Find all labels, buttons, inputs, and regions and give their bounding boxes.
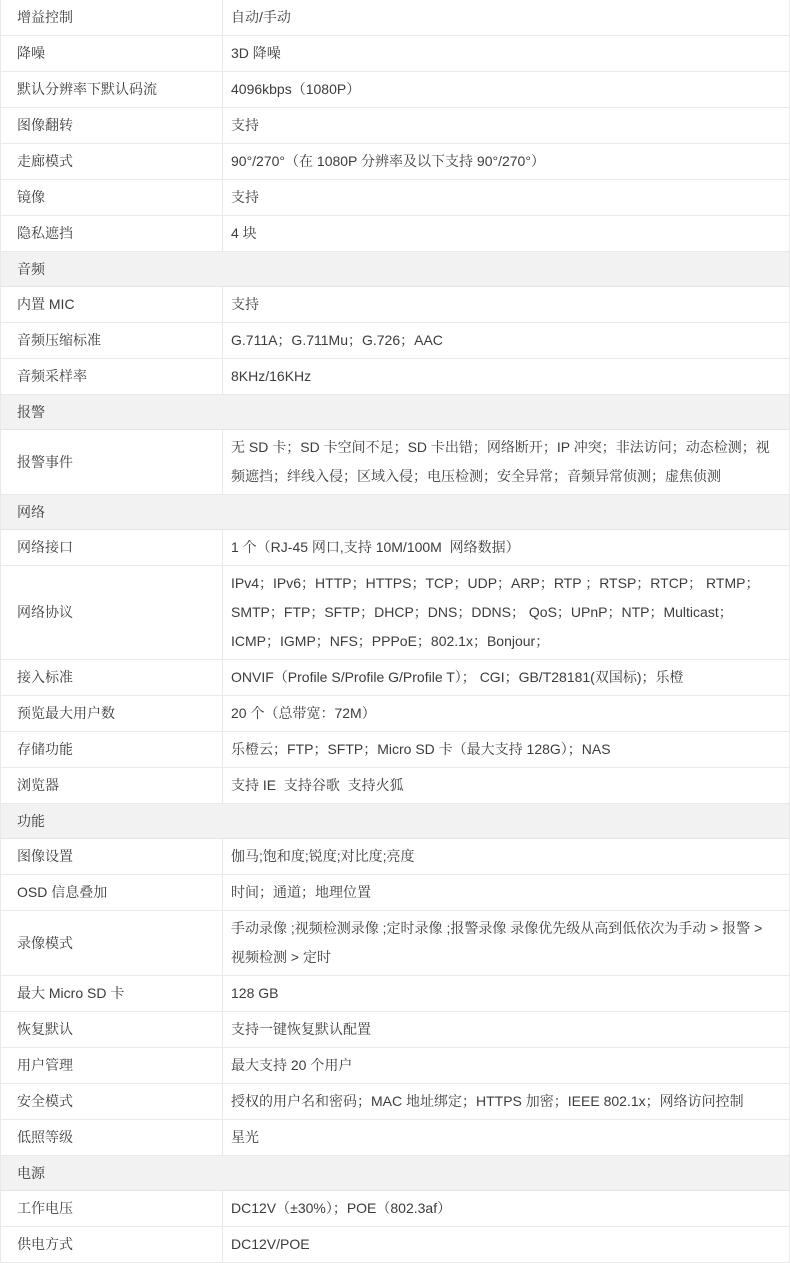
section-header-label: 功能 (17, 811, 45, 831)
spec-label: 安全模式 (1, 1084, 223, 1119)
spec-row: 用户管理 最大支持 20 个用户 (1, 1048, 789, 1084)
spec-label: 音频采样率 (1, 359, 223, 394)
spec-row: 预览最大用户数 20 个（总带宽：72M） (1, 696, 789, 732)
spec-label: 最大 Micro SD 卡 (1, 976, 223, 1011)
spec-row: 录像模式 手动录像 ;视频检测录像 ;定时录像 ;报警录像 录像优先级从高到低依… (1, 911, 789, 976)
section-header-row: 网络 (1, 495, 789, 530)
section-header-row: 报警 (1, 395, 789, 430)
spec-row: 低照等级 星光 (1, 1120, 789, 1156)
spec-value: ONVIF（Profile S/Profile G/Profile T）； CG… (223, 660, 789, 695)
spec-label: 低照等级 (1, 1120, 223, 1155)
spec-label: 预览最大用户数 (1, 696, 223, 731)
spec-value: 授权的用户名和密码；MAC 地址绑定；HTTPS 加密；IEEE 802.1x；… (223, 1084, 789, 1119)
spec-row: 安全模式 授权的用户名和密码；MAC 地址绑定；HTTPS 加密；IEEE 80… (1, 1084, 789, 1120)
spec-row: 报警事件 无 SD 卡；SD 卡空间不足；SD 卡出错；网络断开；IP 冲突；非… (1, 430, 789, 495)
spec-value: 最大支持 20 个用户 (223, 1048, 789, 1083)
spec-label: 降噪 (1, 36, 223, 71)
spec-row: 隐私遮挡 4 块 (1, 216, 789, 252)
spec-row: 内置 MIC 支持 (1, 287, 789, 323)
spec-label: 网络协议 (1, 566, 223, 659)
spec-row: 存储功能 乐橙云；FTP；SFTP；Micro SD 卡（最大支持 128G）；… (1, 732, 789, 768)
spec-label: 报警事件 (1, 430, 223, 494)
spec-row: 网络接口 1 个（RJ-45 网口,支持 10M/100M 网络数据） (1, 530, 789, 566)
spec-row: 音频压缩标准 G.711A；G.711Mu；G.726；AAC (1, 323, 789, 359)
spec-label: 供电方式 (1, 1227, 223, 1262)
spec-value: 时间；通道；地理位置 (223, 875, 789, 910)
spec-label: 图像翻转 (1, 108, 223, 143)
spec-label: 默认分辨率下默认码流 (1, 72, 223, 107)
spec-row: 接入标准 ONVIF（Profile S/Profile G/Profile T… (1, 660, 789, 696)
section-header-row: 电源 (1, 1156, 789, 1191)
spec-row: 工作电压 DC12V（±30%）；POE（802.3af） (1, 1191, 789, 1227)
spec-row: 图像设置 伽马;饱和度;锐度;对比度;亮度 (1, 839, 789, 875)
spec-label: 接入标准 (1, 660, 223, 695)
spec-row: 音频采样率 8KHz/16KHz (1, 359, 789, 395)
spec-label: OSD 信息叠加 (1, 875, 223, 910)
spec-row: 降噪 3D 降噪 (1, 36, 789, 72)
spec-value: 星光 (223, 1120, 789, 1155)
section-header-row: 音频 (1, 252, 789, 287)
spec-table: 增益控制 自动/手动 降噪 3D 降噪 默认分辨率下默认码流 4096kbps（… (0, 0, 790, 1263)
spec-label: 隐私遮挡 (1, 216, 223, 251)
spec-row: 镜像 支持 (1, 180, 789, 216)
spec-row: 走廊模式 90°/270°（在 1080P 分辨率及以下支持 90°/270°） (1, 144, 789, 180)
spec-value: 支持 (223, 180, 789, 215)
section-header-label: 报警 (17, 402, 45, 422)
spec-label: 图像设置 (1, 839, 223, 874)
spec-value: 手动录像 ;视频检测录像 ;定时录像 ;报警录像 录像优先级从高到低依次为手动 … (223, 911, 789, 975)
spec-value: 无 SD 卡；SD 卡空间不足；SD 卡出错；网络断开；IP 冲突；非法访问；动… (223, 430, 789, 494)
spec-value: DC12V（±30%）；POE（802.3af） (223, 1191, 789, 1226)
spec-label: 浏览器 (1, 768, 223, 803)
spec-row: 浏览器 支持 IE 支持谷歌 支持火狐 (1, 768, 789, 804)
section-header-label: 电源 (17, 1163, 45, 1183)
spec-value: 1 个（RJ-45 网口,支持 10M/100M 网络数据） (223, 530, 789, 565)
spec-value: 乐橙云；FTP；SFTP；Micro SD 卡（最大支持 128G）；NAS (223, 732, 789, 767)
section-header-row: 功能 (1, 804, 789, 839)
spec-label: 镜像 (1, 180, 223, 215)
spec-value: 128 GB (223, 976, 789, 1011)
spec-row: 恢复默认 支持一键恢复默认配置 (1, 1012, 789, 1048)
spec-label: 录像模式 (1, 911, 223, 975)
spec-value: 伽马;饱和度;锐度;对比度;亮度 (223, 839, 789, 874)
spec-label: 恢复默认 (1, 1012, 223, 1047)
spec-value: 3D 降噪 (223, 36, 789, 71)
section-header-label: 网络 (17, 502, 45, 522)
spec-row: 默认分辨率下默认码流 4096kbps（1080P） (1, 72, 789, 108)
spec-row: 增益控制 自动/手动 (1, 0, 789, 36)
spec-value: IPv4；IPv6；HTTP；HTTPS；TCP；UDP；ARP；RTP ；RT… (223, 566, 789, 659)
spec-row: 图像翻转 支持 (1, 108, 789, 144)
spec-label: 存储功能 (1, 732, 223, 767)
spec-value: 自动/手动 (223, 0, 789, 35)
spec-label: 内置 MIC (1, 287, 223, 322)
spec-value: 支持 IE 支持谷歌 支持火狐 (223, 768, 789, 803)
spec-label: 走廊模式 (1, 144, 223, 179)
spec-value: G.711A；G.711Mu；G.726；AAC (223, 323, 789, 358)
spec-label: 网络接口 (1, 530, 223, 565)
section-header-label: 音频 (17, 259, 45, 279)
spec-value: 4 块 (223, 216, 789, 251)
spec-value: 90°/270°（在 1080P 分辨率及以下支持 90°/270°） (223, 144, 789, 179)
spec-value: 20 个（总带宽：72M） (223, 696, 789, 731)
spec-value: 4096kbps（1080P） (223, 72, 789, 107)
spec-row: 网络协议 IPv4；IPv6；HTTP；HTTPS；TCP；UDP；ARP；RT… (1, 566, 789, 660)
spec-row: 最大 Micro SD 卡 128 GB (1, 976, 789, 1012)
spec-label: 用户管理 (1, 1048, 223, 1083)
spec-label: 增益控制 (1, 0, 223, 35)
spec-value: 支持 (223, 108, 789, 143)
spec-row: OSD 信息叠加 时间；通道；地理位置 (1, 875, 789, 911)
spec-label: 工作电压 (1, 1191, 223, 1226)
spec-value: 支持 (223, 287, 789, 322)
spec-label: 音频压缩标准 (1, 323, 223, 358)
spec-value: 支持一键恢复默认配置 (223, 1012, 789, 1047)
spec-value: 8KHz/16KHz (223, 359, 789, 394)
spec-value: DC12V/POE (223, 1227, 789, 1262)
